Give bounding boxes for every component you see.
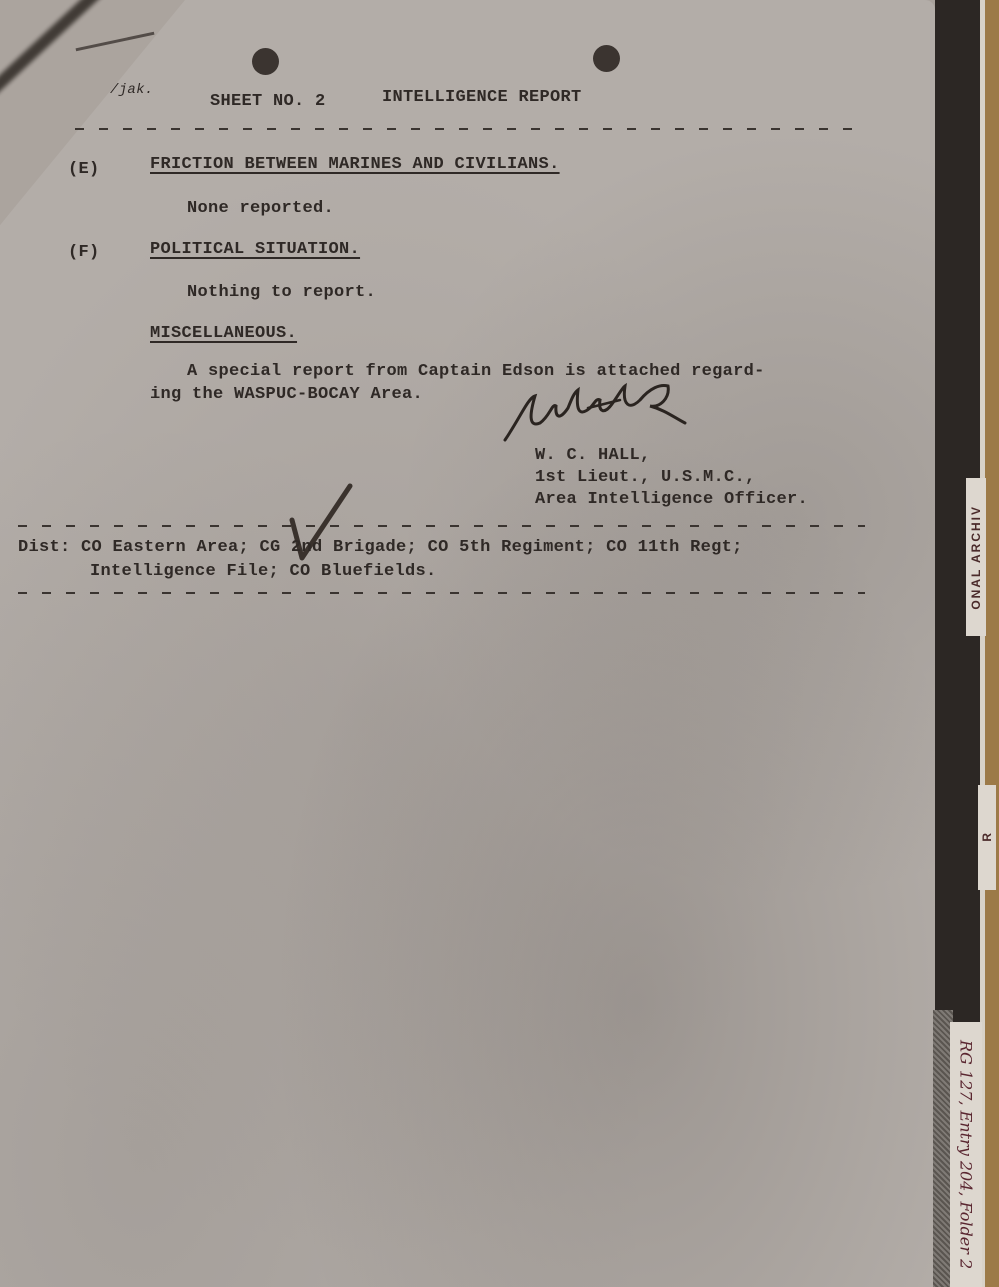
section-body: Nothing to report.	[187, 283, 376, 302]
distribution-line: Intelligence File; CO Bluefields.	[90, 562, 437, 581]
punch-hole-right	[593, 45, 620, 72]
divider-dist-top	[18, 525, 865, 527]
divider-dist-bottom	[18, 592, 865, 594]
typist-initials: /jak.	[110, 82, 154, 98]
sheet-number: SHEET NO. 2	[210, 92, 326, 111]
archive-stamp-small: R	[978, 785, 996, 890]
handwritten-reference-label: RG 127, Entry 204, Folder 2	[950, 1022, 982, 1287]
document-page	[0, 0, 935, 1287]
section-heading: MISCELLANEOUS.	[150, 324, 297, 343]
signer-rank: 1st Lieut., U.S.M.C.,	[535, 468, 756, 487]
divider-top	[75, 128, 865, 130]
section-marker: (F)	[68, 243, 100, 262]
archive-stamp-label: ONAL ARCHIV	[966, 478, 986, 636]
section-body-line: ing the WASPUC-BOCAY Area.	[150, 385, 423, 404]
report-title: INTELLIGENCE REPORT	[382, 88, 582, 107]
signer-position: Area Intelligence Officer.	[535, 490, 808, 509]
punch-hole-left	[252, 48, 279, 75]
archive-stamp-small-text: R	[980, 833, 994, 842]
signer-name: W. C. HALL,	[535, 446, 651, 465]
section-heading: POLITICAL SITUATION.	[150, 240, 360, 259]
background-surface	[985, 0, 999, 1287]
handwritten-reference-text: RG 127, Entry 204, Folder 2	[957, 1040, 976, 1269]
section-marker: (E)	[68, 160, 100, 179]
distribution-line: Dist: CO Eastern Area; CG 2nd Brigade; C…	[18, 538, 743, 557]
section-body: None reported.	[187, 199, 334, 218]
archive-stamp-text: ONAL ARCHIV	[969, 505, 983, 610]
handwritten-signature	[500, 378, 700, 448]
section-heading: FRICTION BETWEEN MARINES AND CIVILIANS.	[150, 155, 560, 174]
